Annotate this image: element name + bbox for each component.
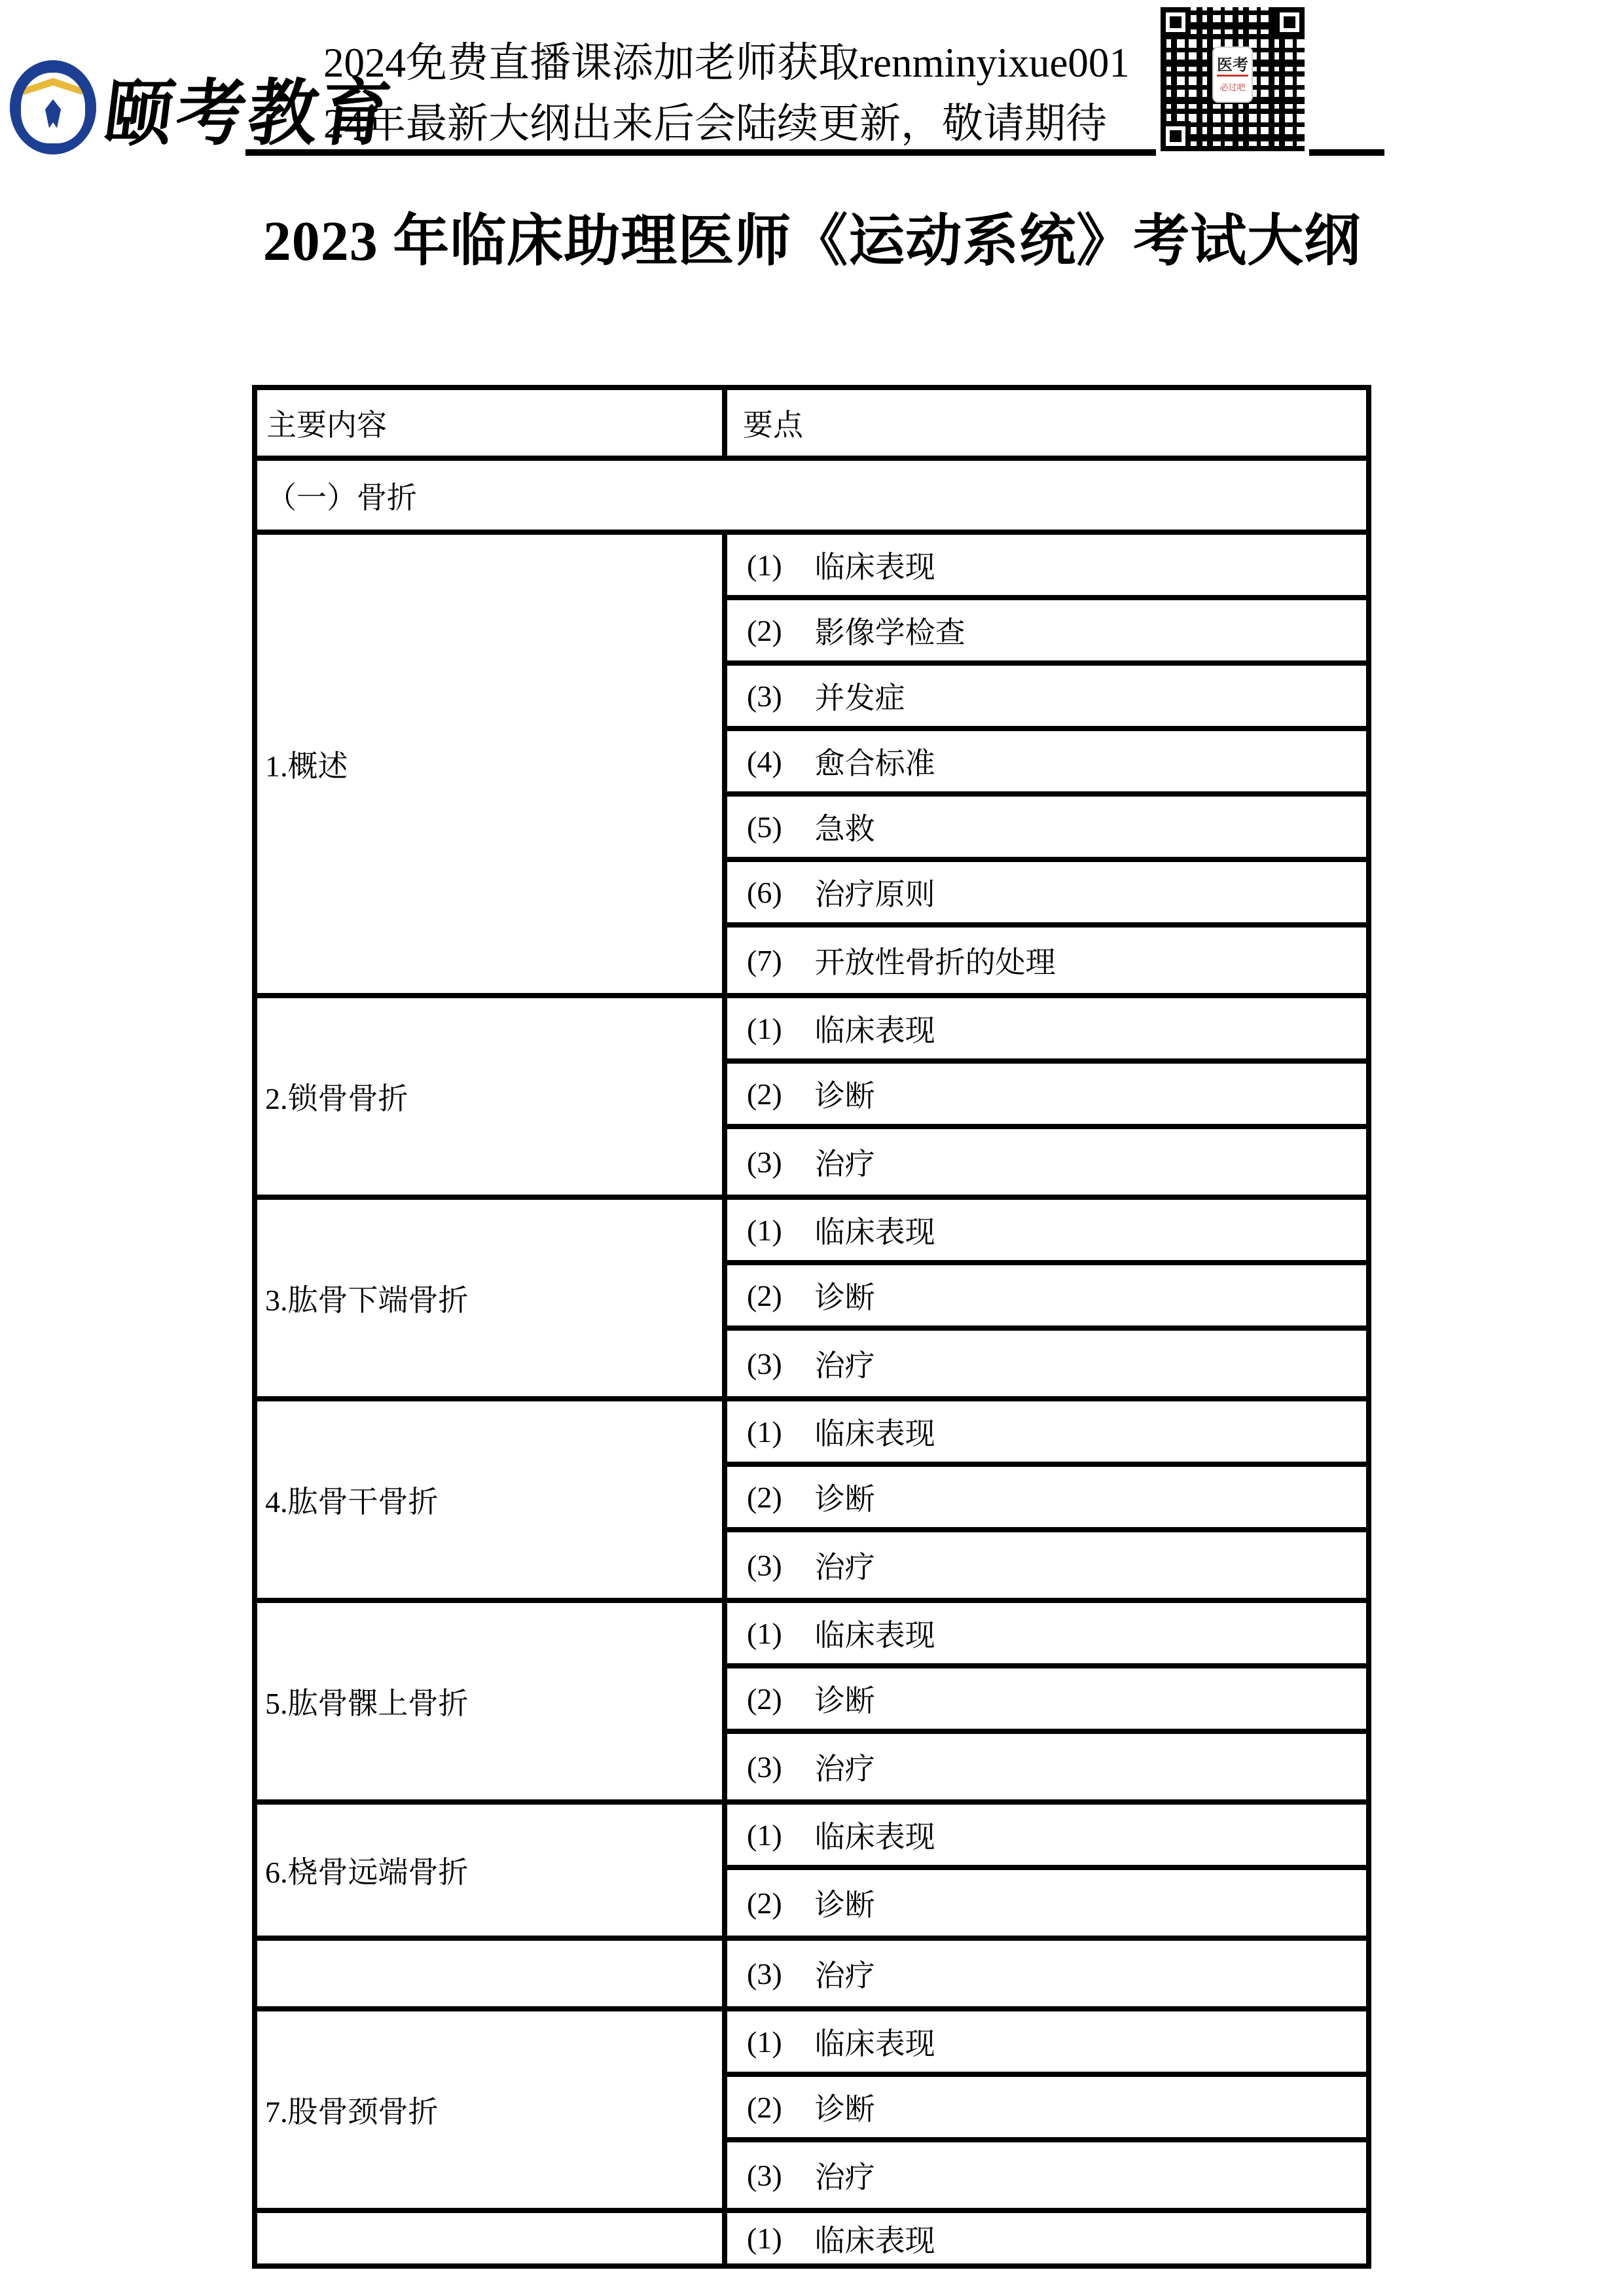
- table-row: (2)诊断: [727, 2077, 1366, 2142]
- table-row: (1)临床表现: [727, 1603, 1366, 1668]
- table-group: (3)治疗: [257, 1941, 1366, 2011]
- row-number: (2): [747, 1886, 782, 1920]
- row-text: 诊断: [815, 1072, 875, 1115]
- row-text: 诊断: [815, 1881, 875, 1924]
- row-number: (1): [747, 1415, 782, 1449]
- group-label-cell: 5.肱骨髁上骨折: [257, 1603, 727, 1799]
- row-text: 诊断: [815, 1677, 875, 1720]
- table-row: (1)临床表现: [727, 1200, 1366, 1265]
- row-text: 愈合标准: [815, 740, 935, 783]
- table-row: (2)影像学检查: [727, 600, 1366, 666]
- row-text: 临床表现: [815, 1410, 935, 1453]
- row-number: (3): [747, 1346, 782, 1381]
- group-rows: (1)临床表现(2)诊断(3)治疗: [727, 2011, 1366, 2208]
- table-row: (4)愈合标准: [727, 731, 1366, 797]
- row-number: (2): [747, 613, 782, 648]
- row-text: 临床表现: [815, 1208, 935, 1252]
- group-label: 1.概述: [265, 742, 348, 785]
- row-text: 治疗: [815, 1140, 875, 1183]
- table-row: (3)治疗: [727, 1331, 1366, 1396]
- syllabus-table: 主要内容 要点 （一）骨折 1.概述(1)临床表现(2)影像学检查(3)并发症(…: [252, 385, 1371, 2269]
- row-text: 诊断: [815, 1274, 875, 1317]
- row-number: (3): [747, 1548, 782, 1583]
- row-number: (6): [747, 875, 782, 910]
- table-row: (1)临床表现: [727, 1805, 1366, 1870]
- table-row: (2)诊断: [727, 1467, 1366, 1532]
- row-number: (1): [747, 1818, 782, 1852]
- group-label: 4.肱骨干骨折: [265, 1478, 439, 1521]
- row-number: (4): [747, 744, 782, 779]
- group-label-cell: [257, 1941, 727, 2006]
- row-text: 临床表现: [815, 1007, 935, 1050]
- table-row: (3)治疗: [727, 2142, 1366, 2208]
- row-number: (1): [747, 1616, 782, 1651]
- logo-gold-wing-icon: [24, 78, 82, 95]
- group-label: 7.股骨颈骨折: [265, 2088, 439, 2131]
- row-number: (1): [747, 2221, 782, 2256]
- table-row: (1)临床表现: [727, 998, 1366, 1064]
- qr-label-title: 医考: [1217, 57, 1248, 76]
- row-number: (3): [747, 1956, 782, 1991]
- row-text: 诊断: [815, 1475, 875, 1519]
- page-title: 2023 年临床助理医师《运动系统》考试大纲: [0, 195, 1624, 276]
- row-number: (3): [747, 1145, 782, 1180]
- row-number: (2): [747, 2090, 782, 2125]
- document-page: 颐考教育 2024免费直播课添加老师获取renminyixue001 24年最新…: [0, 0, 1624, 2289]
- row-text: 治疗: [815, 2154, 875, 2197]
- row-text: 治疗原则: [815, 871, 935, 914]
- group-rows: (1)临床表现(2)诊断(3)治疗: [727, 1401, 1366, 1598]
- table-header-row: 主要内容 要点: [257, 390, 1366, 461]
- row-number: (2): [747, 1682, 782, 1716]
- logo-emblem-icon: [10, 60, 96, 154]
- group-label-cell: 1.概述: [257, 535, 727, 993]
- table-row: (3)治疗: [727, 1532, 1366, 1598]
- table-row: (7)开放性骨折的处理: [727, 928, 1366, 993]
- qr-pattern: 医考 必过吧: [1161, 7, 1305, 151]
- qr-code: 医考 必过吧: [1156, 3, 1309, 156]
- table-group: 2.锁骨骨折(1)临床表现(2)诊断(3)治疗: [257, 998, 1366, 1200]
- row-text: 临床表现: [815, 2217, 935, 2260]
- table-group: 7.股骨颈骨折(1)临床表现(2)诊断(3)治疗: [257, 2011, 1366, 2213]
- table-row: (1)临床表现: [727, 2011, 1366, 2077]
- row-number: (1): [747, 1213, 782, 1248]
- header-announcement: 2024免费直播课添加老师获取renminyixue001 24年最新大纲出来后…: [323, 33, 1155, 154]
- group-rows: (1)临床表现(2)影像学检查(3)并发症(4)愈合标准(5)急救(6)治疗原则…: [727, 535, 1366, 993]
- table-row: (3)治疗: [727, 1941, 1366, 2006]
- logo-pen-nib-icon: [43, 99, 63, 128]
- group-rows: (1)临床表现(2)诊断(3)治疗: [727, 1200, 1366, 1396]
- group-label-cell: [257, 2213, 727, 2263]
- row-text: 临床表现: [815, 1612, 935, 1655]
- table-row: (2)诊断: [727, 1870, 1366, 1936]
- table-row: (1)临床表现: [727, 2213, 1366, 2263]
- group-rows: (1)临床表现(2)诊断: [727, 1805, 1366, 1936]
- row-text: 影像学检查: [815, 609, 965, 652]
- row-number: (2): [747, 1278, 782, 1313]
- row-number: (5): [747, 810, 782, 844]
- table-group: 3.肱骨下端骨折(1)临床表现(2)诊断(3)治疗: [257, 1200, 1366, 1401]
- table-group: 6.桡骨远端骨折(1)临床表现(2)诊断: [257, 1805, 1366, 1941]
- row-text: 临床表现: [815, 543, 935, 586]
- table-row: (6)治疗原则: [727, 862, 1366, 928]
- table-row: (1)临床表现: [727, 535, 1366, 600]
- group-label: 3.肱骨下端骨折: [265, 1276, 469, 1320]
- row-number: (3): [747, 1750, 782, 1784]
- group-label: 5.肱骨髁上骨折: [265, 1680, 469, 1723]
- qr-finder-top-right-icon: [1274, 7, 1305, 37]
- row-text: 诊断: [815, 2085, 875, 2129]
- row-text: 治疗: [815, 1952, 875, 1995]
- section-row: （一）骨折: [257, 461, 1366, 535]
- row-number: (3): [747, 679, 782, 713]
- row-number: (2): [747, 1077, 782, 1111]
- qr-finder-top-left-icon: [1161, 7, 1191, 37]
- qr-finder-bottom-left-icon: [1161, 121, 1191, 151]
- row-text: 开放性骨折的处理: [815, 939, 1056, 982]
- group-label-cell: 3.肱骨下端骨折: [257, 1200, 727, 1396]
- group-rows: (1)临床表现: [727, 2213, 1366, 2263]
- group-label-cell: 2.锁骨骨折: [257, 998, 727, 1195]
- group-label-cell: 4.肱骨干骨折: [257, 1401, 727, 1598]
- table-body: 1.概述(1)临床表现(2)影像学检查(3)并发症(4)愈合标准(5)急救(6)…: [257, 535, 1366, 2269]
- logo-emblem-shield: [19, 71, 87, 145]
- row-text: 急救: [815, 805, 875, 848]
- announcement-line-1: 2024免费直播课添加老师获取renminyixue001: [323, 33, 1155, 94]
- group-rows: (1)临床表现(2)诊断(3)治疗: [727, 1603, 1366, 1799]
- table-row: (2)诊断: [727, 1265, 1366, 1331]
- group-label-cell: 6.桡骨远端骨折: [257, 1805, 727, 1936]
- group-label: 6.桡骨远端骨折: [265, 1848, 469, 1892]
- row-text: 临床表现: [815, 2020, 935, 2063]
- table-group: 1.概述(1)临床表现(2)影像学检查(3)并发症(4)愈合标准(5)急救(6)…: [257, 535, 1366, 998]
- row-text: 治疗: [815, 1342, 875, 1385]
- table-row: (3)治疗: [727, 1734, 1366, 1799]
- row-number: (7): [747, 943, 782, 978]
- row-number: (1): [747, 2025, 782, 2059]
- table-group: 5.肱骨髁上骨折(1)临床表现(2)诊断(3)治疗: [257, 1603, 1366, 1805]
- table-row: (3)并发症: [727, 666, 1366, 731]
- column-header-key-points: 要点: [727, 390, 1366, 456]
- group-label-cell: 7.股骨颈骨折: [257, 2011, 727, 2208]
- table-group: 4.肱骨干骨折(1)临床表现(2)诊断(3)治疗: [257, 1401, 1366, 1603]
- table-row: (2)诊断: [727, 1668, 1366, 1734]
- table-row: (3)治疗: [727, 1129, 1366, 1195]
- table-row: (1)临床表现: [727, 1401, 1366, 1467]
- table-group: (1)临床表现: [257, 2213, 1366, 2269]
- group-rows: (3)治疗: [727, 1941, 1366, 2006]
- row-number: (3): [747, 2158, 782, 2193]
- announcement-line-2: 24年最新大纲出来后会陆续更新，敬请期待: [323, 94, 1155, 154]
- qr-label-subtitle: 必过吧: [1219, 81, 1245, 93]
- qr-center-label: 医考 必过吧: [1212, 46, 1253, 103]
- table-row: (2)诊断: [727, 1064, 1366, 1129]
- column-header-main-content: 主要内容: [257, 390, 727, 456]
- row-text: 并发症: [815, 674, 905, 717]
- group-label: 2.锁骨骨折: [265, 1075, 408, 1118]
- row-text: 临床表现: [815, 1813, 935, 1856]
- row-number: (1): [747, 548, 782, 583]
- group-rows: (1)临床表现(2)诊断(3)治疗: [727, 998, 1366, 1195]
- row-number: (1): [747, 1011, 782, 1046]
- table-row: (5)急救: [727, 797, 1366, 862]
- row-text: 治疗: [815, 1543, 875, 1587]
- row-text: 治疗: [815, 1745, 875, 1788]
- row-number: (2): [747, 1480, 782, 1515]
